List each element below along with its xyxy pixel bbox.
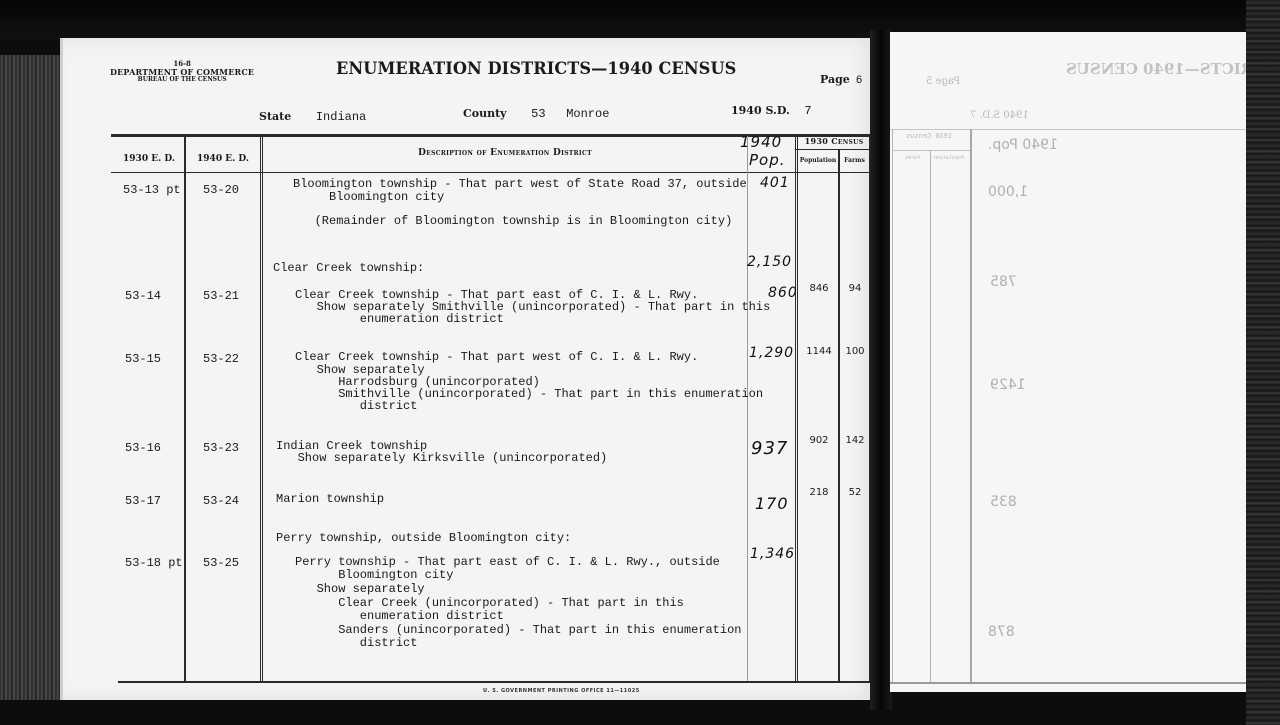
book-gutter <box>870 30 892 710</box>
cell-1930-ed: 53-16 <box>125 442 161 454</box>
ghost-title: RICTS—1940 CENSUS <box>1066 60 1253 78</box>
col-divider-hand <box>747 136 748 681</box>
county-label: County <box>463 107 507 120</box>
cell-description-line: Perry township - That part east of C. I.… <box>295 556 720 568</box>
census-page-right-bleed: RICTS—1940 CENSUS Page 5 1940 S.D. 7 193… <box>890 32 1246 692</box>
cell-1940-pop: 937 <box>751 438 788 459</box>
cell-1930-ed: 53-18 pt <box>125 557 183 569</box>
cell-description-line: (Remainder of Bloomington township is in… <box>293 215 732 227</box>
cell-1930-farms: 100 <box>841 346 869 357</box>
cell-1940-pop: 1,290 <box>749 345 794 361</box>
cell-1940-pop: 170 <box>755 494 789 513</box>
cell-1940-ed: 53-21 <box>203 290 239 302</box>
handwritten-pop-label: Pop. <box>749 151 786 169</box>
col-divider-farms <box>838 150 840 681</box>
printing-office-imprint: U. S. GOVERNMENT PRINTING OFFICE 11—1102… <box>483 688 640 694</box>
census-subheader-rule <box>796 149 871 150</box>
cell-1940-ed: 53-23 <box>203 442 239 454</box>
cell-1940-pop: 401 <box>760 175 790 191</box>
col-divider-1940 <box>260 136 263 681</box>
cell-1930-population: 1144 <box>800 346 838 357</box>
sd-label: 1940 S.D. <box>731 104 790 117</box>
page-label: Page <box>820 73 850 86</box>
cell-1930-ed: 53-13 pt <box>123 184 181 196</box>
department-name: DEPARTMENT OF COMMERCE <box>110 68 254 76</box>
ghost-sd: 1940 S.D. 7 <box>970 110 1029 121</box>
state-label: State <box>259 110 291 123</box>
state-field: State Indiana <box>259 110 366 124</box>
county-code: 53 <box>531 107 545 121</box>
cell-1940-ed: 53-25 <box>203 557 239 569</box>
ghost-bottom-rule <box>890 682 1246 684</box>
cell-description-line: Bloomington township - That part west of… <box>293 178 747 190</box>
state-value: Indiana <box>316 110 366 124</box>
page-number: Page6 <box>820 73 862 87</box>
census-page-left: 16-8 DEPARTMENT OF COMMERCE BUREAU OF TH… <box>60 38 875 700</box>
ghost-hand-value: 1429 <box>990 377 1026 393</box>
county-value: Monroe <box>566 107 609 121</box>
page-value: 6 <box>856 75 863 87</box>
col-divider-census <box>795 136 798 681</box>
cell-description-line: district <box>295 400 417 412</box>
section-heading: Perry township, outside Bloomington city… <box>276 532 571 544</box>
cell-description-line: Sanders (unincorporated) - That part in … <box>295 624 741 636</box>
col-divider-1930 <box>184 136 186 681</box>
section-total: 2,150 <box>747 254 792 270</box>
ghost-hand-value: 1,000 <box>988 184 1028 200</box>
page-title: ENUMERATION DISTRICTS—1940 CENSUS <box>336 59 736 79</box>
ghost-col <box>970 129 972 684</box>
sd-value: 7 <box>804 104 811 118</box>
bureau-name: BUREAU OF THE CENSUS <box>110 76 254 84</box>
header-bottom-rule <box>111 172 796 173</box>
ghost-census-header: 1930 Census <box>906 133 952 141</box>
cell-1930-population: 218 <box>800 487 838 498</box>
table-bottom-rule <box>118 681 873 683</box>
cell-description-line: enumeration district <box>295 610 504 622</box>
ghost-farms-header: Farms <box>905 155 920 161</box>
cell-description-line: Bloomington city <box>295 569 453 581</box>
ghost-hand-value: 1940 Pop. <box>988 137 1058 153</box>
cell-1930-farms: 94 <box>841 283 869 294</box>
cell-description-line: enumeration district <box>295 313 504 325</box>
cell-1930-population: 846 <box>800 283 838 294</box>
ghost-pop-header: Population <box>934 155 964 161</box>
film-edge <box>1246 0 1280 725</box>
header-1930-census: 1930 Census <box>798 136 870 146</box>
header-population: Population <box>798 157 838 164</box>
header-1940-ed: 1940 E. D. <box>187 154 259 164</box>
cell-description-line: Clear Creek township - That part west of… <box>295 351 698 363</box>
cell-1940-ed: 53-22 <box>203 353 239 365</box>
cell-description-line: Bloomington city <box>293 191 444 203</box>
ghost-rule <box>892 150 970 151</box>
department-header: 16-8 DEPARTMENT OF COMMERCE BUREAU OF TH… <box>110 60 254 84</box>
cell-1940-ed: 53-20 <box>203 184 239 196</box>
ghost-col <box>892 129 893 684</box>
handwritten-1940-label: 1940 <box>740 133 782 151</box>
book-page-edges <box>0 55 62 700</box>
section-heading: Clear Creek township: <box>273 262 424 274</box>
cell-description-line: Show separately <box>295 583 425 595</box>
cell-1930-farms: 52 <box>841 487 869 498</box>
ghost-col <box>930 150 931 684</box>
cell-1930-population: 902 <box>800 435 838 446</box>
ghost-rule <box>890 129 1246 130</box>
cell-1940-pop: 1,346 <box>750 546 795 562</box>
cell-1930-ed: 53-17 <box>125 495 161 507</box>
cell-description-line: Clear Creek (unincorporated) - That part… <box>295 597 684 609</box>
cell-1930-farms: 142 <box>841 435 869 446</box>
header-description: Description of Enumeration District <box>265 148 745 158</box>
county-field: County 53 Monroe <box>463 107 609 121</box>
cell-1940-pop: 860 <box>768 285 798 301</box>
ghost-page-label: Page 5 <box>926 76 960 87</box>
supervisor-district-field: 1940 S.D. 7 <box>731 104 812 118</box>
cell-description-line: Show separately Kirksville (unincorporat… <box>276 452 607 464</box>
cell-description-line: district <box>295 637 417 649</box>
header-1930-ed: 1930 E. D. <box>115 154 183 164</box>
header-bottom-rule-census <box>796 172 871 173</box>
ghost-hand-value: 835 <box>990 494 1017 510</box>
ghost-hand-value: 785 <box>990 274 1017 290</box>
cell-1930-ed: 53-14 <box>125 290 161 302</box>
cell-description-line: Marion township <box>276 493 384 505</box>
ghost-hand-value: 878 <box>988 624 1015 640</box>
cell-1940-ed: 53-24 <box>203 495 239 507</box>
header-farms: Farms <box>840 157 869 164</box>
cell-1930-ed: 53-15 <box>125 353 161 365</box>
